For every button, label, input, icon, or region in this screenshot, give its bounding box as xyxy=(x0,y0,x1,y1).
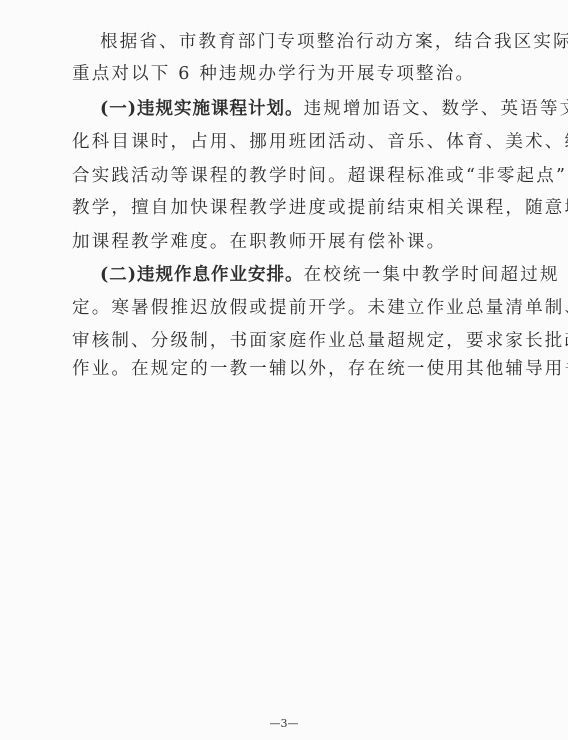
page-number: —3— xyxy=(0,717,568,730)
document-body: 作业。在规定的一教一辅以外，存在统一使用其他辅导用书 xyxy=(0,0,568,740)
item-2-line-4: 作业。在规定的一教一辅以外，存在统一使用其他辅导用书 xyxy=(72,358,492,380)
